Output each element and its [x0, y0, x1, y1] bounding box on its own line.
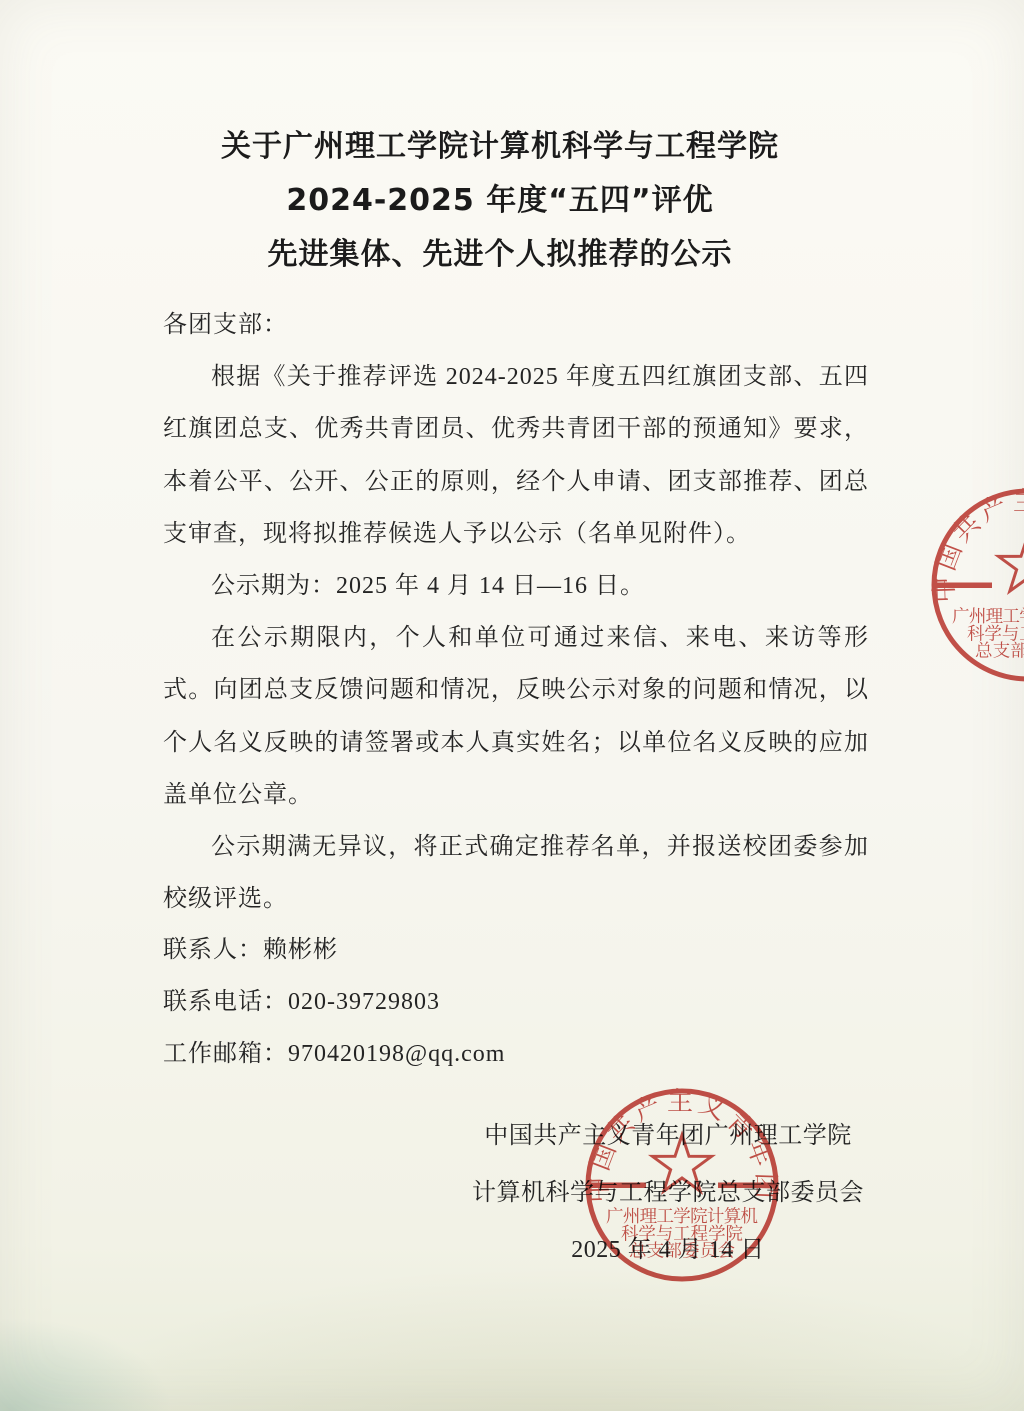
- paragraph-feedback-channels: 在公示期限内，个人和单位可通过来信、来电、来访等形式。向团总支反馈问题和情况，反…: [163, 612, 869, 821]
- paragraph-basis: 根据《关于推荐评选 2024-2025 年度五四红旗团支部、五四红旗团总支、优秀…: [163, 351, 869, 560]
- partial-seal-stamp-right-edge: 中国共产主义青年团 广州理工学院计算机 科学与工程学院 总支部委员会: [925, 482, 1024, 688]
- official-seal-stamp: 中国共产主义青年团 广州理工学院计算机 科学与工程学院 总支部委员会: [579, 1082, 785, 1288]
- seal-inner-line-3: 总支部委员会: [629, 1241, 735, 1261]
- star-icon: [999, 535, 1024, 591]
- star-icon: [653, 1135, 712, 1191]
- salutation: 各团支部：: [163, 299, 869, 351]
- contact-email: 工作邮箱：970420198@qq.com: [163, 1028, 869, 1080]
- document-title: 关于广州理工学院计算机科学与工程学院 2024-2025 年度“五四”评优 先进…: [0, 120, 1000, 282]
- paragraph-final-confirmation: 公示期满无异议，将正式确定推荐名单，并报送校团委参加校级评选。: [163, 821, 869, 925]
- title-line-1: 关于广州理工学院计算机科学与工程学院: [0, 120, 1000, 174]
- contact-person: 联系人：赖彬彬: [163, 924, 869, 976]
- seal-left-bar: [936, 583, 992, 589]
- title-line-2: 2024-2025 年度“五四”评优: [0, 174, 1000, 228]
- seal-left-bar: [590, 1183, 646, 1189]
- document-body: 各团支部： 根据《关于推荐评选 2024-2025 年度五四红旗团支部、五四红旗…: [163, 299, 869, 925]
- seal-inner-line-3: 总支部委员会: [975, 641, 1024, 661]
- contact-block: 联系人：赖彬彬 联系电话：020-39729803 工作邮箱：970420198…: [163, 924, 869, 1080]
- title-line-3: 先进集体、先进个人拟推荐的公示: [0, 228, 1000, 282]
- document-page: 关于广州理工学院计算机科学与工程学院 2024-2025 年度“五四”评优 先进…: [0, 0, 1024, 1411]
- seal-right-bar: [718, 1183, 774, 1189]
- paragraph-publicity-period: 公示期为：2025 年 4 月 14 日—16 日。: [163, 560, 869, 612]
- contact-phone: 联系电话：020-39729803: [163, 976, 869, 1028]
